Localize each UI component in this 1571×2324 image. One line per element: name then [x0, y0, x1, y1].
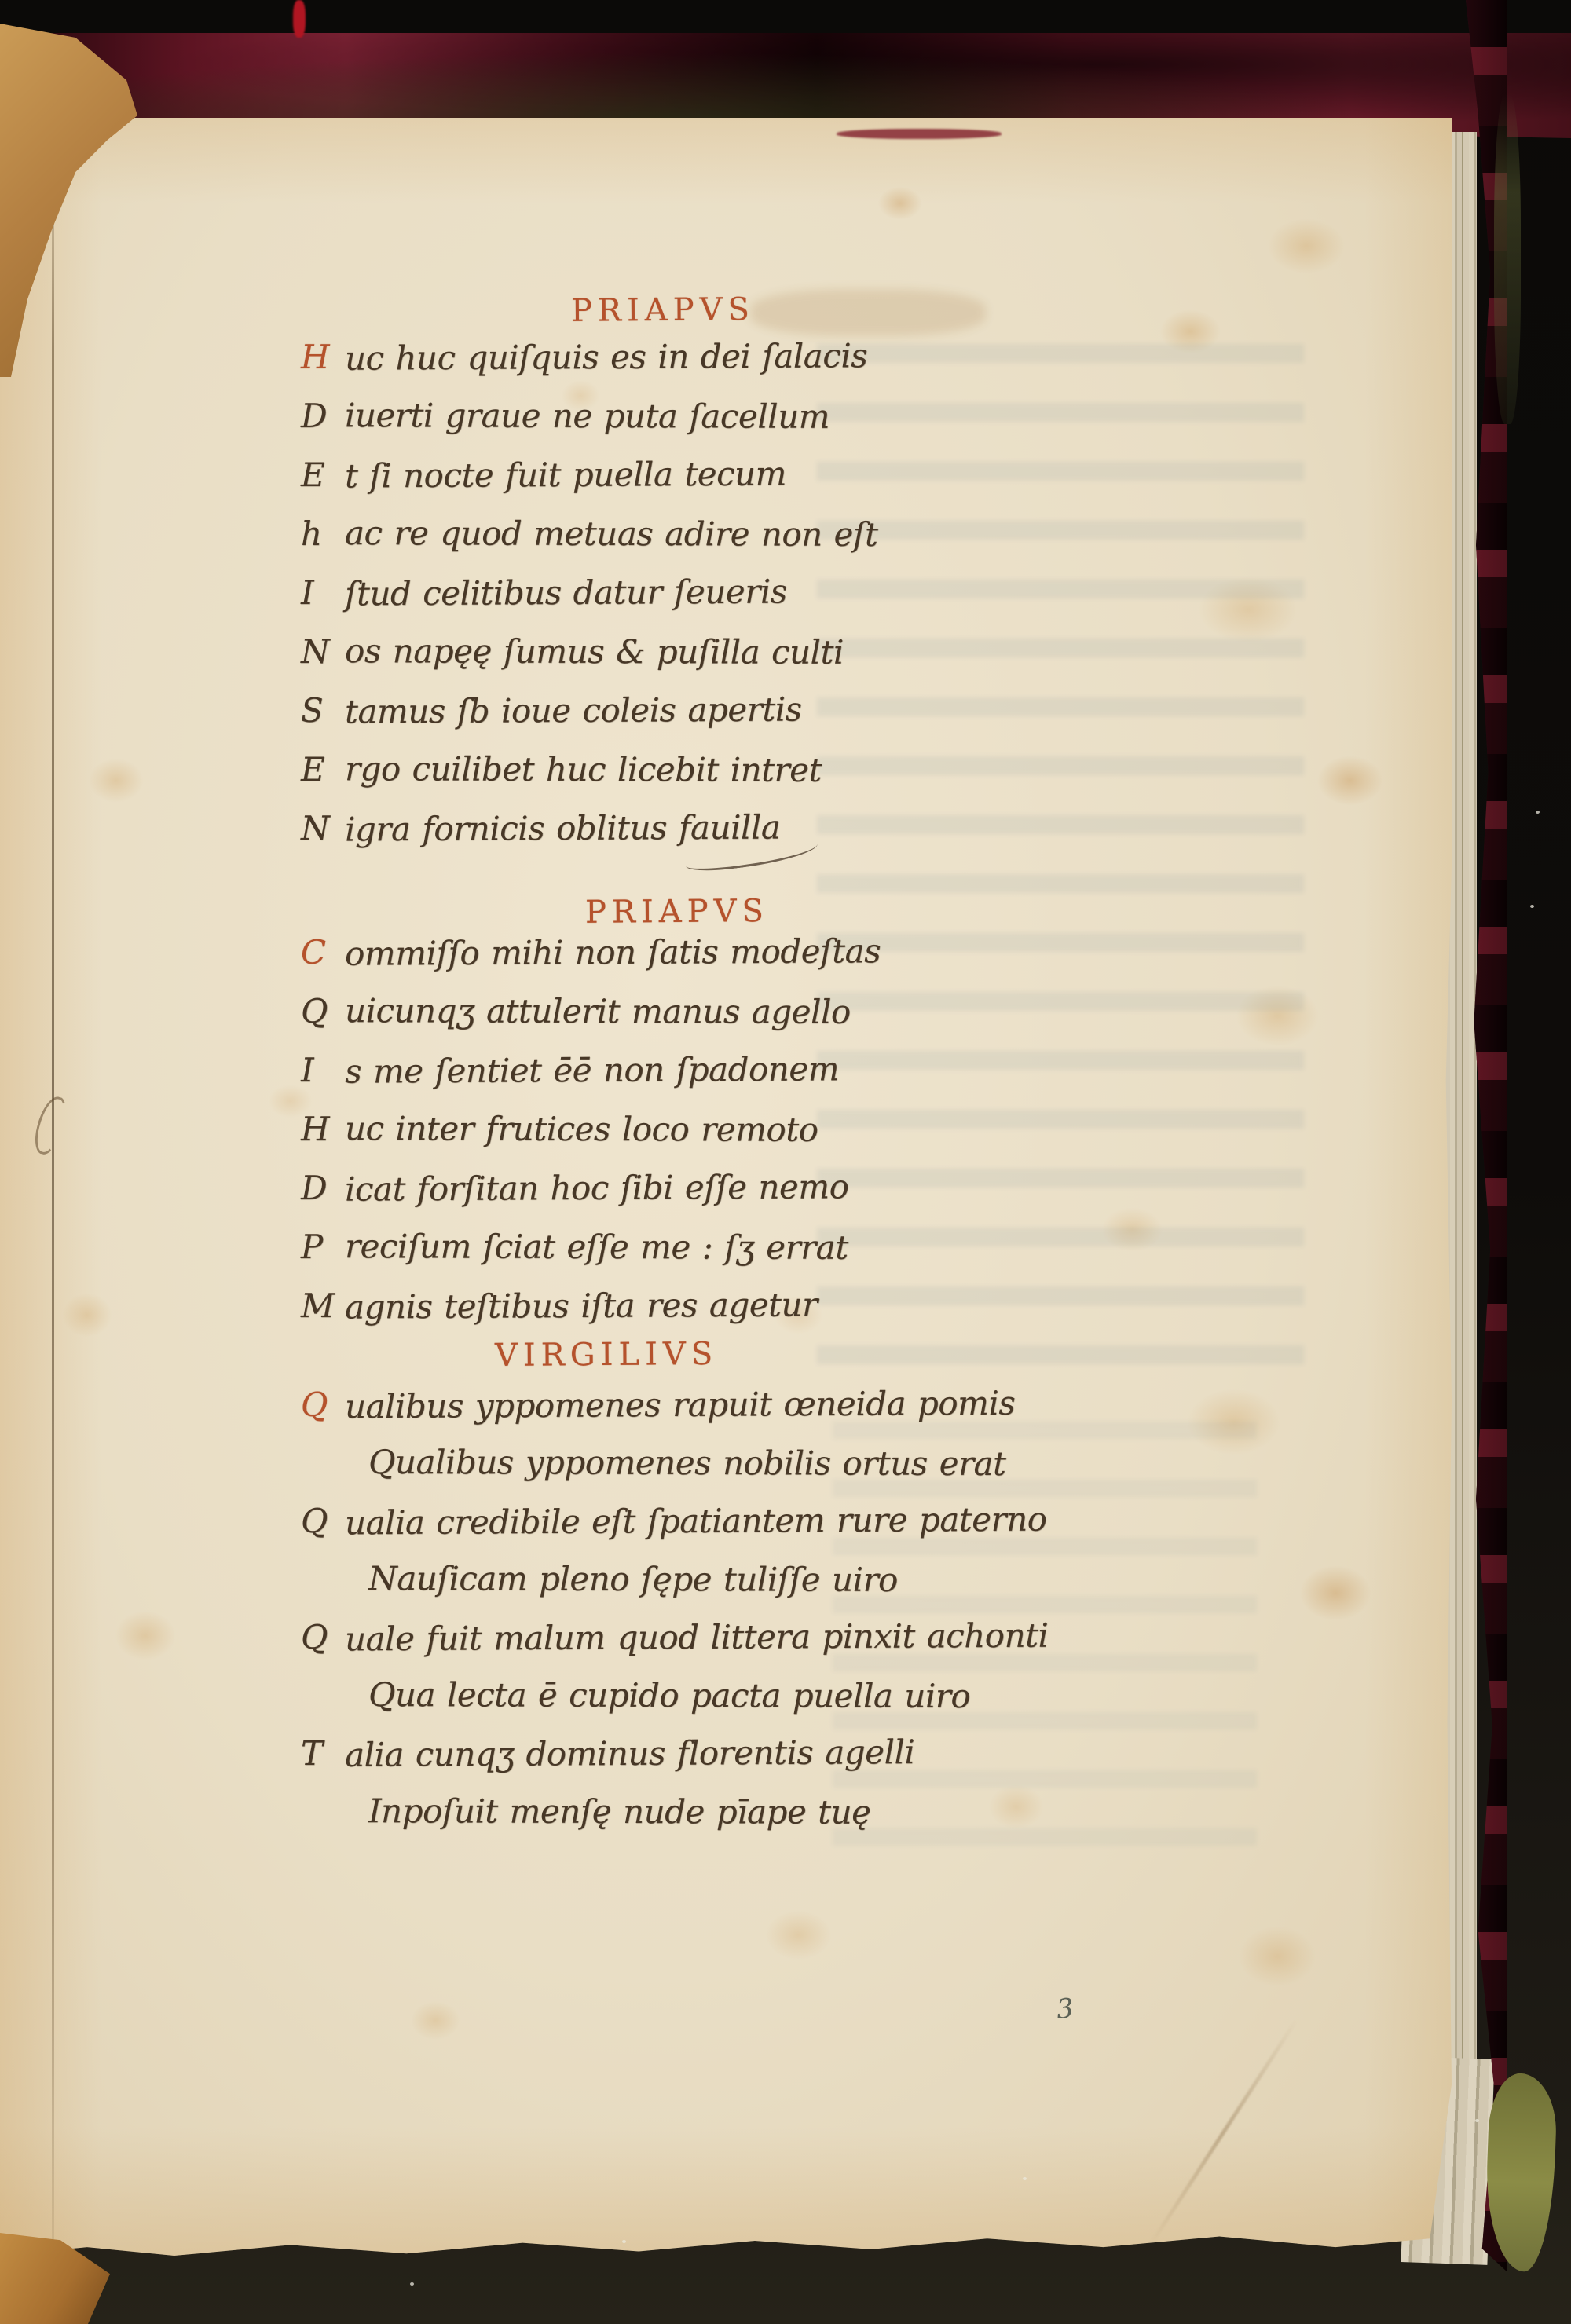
- line-initial: I: [301, 1051, 345, 1089]
- line-text: Inpoſuit menſę nude pīape tuę: [368, 1791, 871, 1832]
- line-initial: Q: [301, 992, 345, 1030]
- line-text: iuerti graue ne puta ſacellum: [345, 396, 829, 436]
- poem-virgilius: Qualibus yppomenes rapuit œneida pomis Q…: [301, 1385, 1048, 1850]
- line-text: s me ſentiet ēē non ſpadonem: [345, 1049, 839, 1090]
- verse-line: Commiſſo mihi non ſatis modeſtas: [301, 933, 881, 992]
- line-initial: Q: [301, 1502, 345, 1540]
- line-text: t ſi nocte fuit puella tecum: [345, 455, 786, 496]
- verse-line: Stamus ſb ioue coleis apertis: [301, 691, 877, 750]
- red-stain-top-edge: [837, 129, 1002, 139]
- line-initial: D: [301, 397, 345, 435]
- folio-number: 3: [1055, 1993, 1075, 2026]
- dust-speck: [1475, 2119, 1479, 2122]
- verse-line: Preciſum ſciat eſſe me : ſʒ errat: [301, 1228, 881, 1286]
- line-text: uc inter frutices loco remoto: [345, 1109, 818, 1149]
- line-text: Nauſicam pleno ſępe tuliſſe uiro: [368, 1559, 898, 1599]
- dust-speck: [1530, 905, 1534, 908]
- verse-line: Inpoſuit menſę nude pīape tuę: [301, 1792, 1048, 1850]
- verse-line: Nauſicam pleno ſępe tuliſſe uiro: [301, 1560, 1048, 1618]
- line-initial: I: [301, 573, 345, 612]
- verse-line: Huc huc quiſquis es in dei ſalacis: [301, 338, 877, 397]
- line-text: ommiſſo mihi non ſatis modeſtas: [345, 931, 881, 973]
- line-text: reciſum ſciat eſſe me : ſʒ errat: [345, 1227, 848, 1267]
- line-initial: N: [301, 632, 345, 671]
- line-initial: D: [301, 1169, 345, 1207]
- show-through-heading-ghost: [750, 289, 986, 336]
- poem-priapea-2: Commiſſo mihi non ſatis modeſtas Quicunq…: [301, 933, 881, 1345]
- line-initial: Q: [301, 1385, 345, 1424]
- line-initial: C: [301, 933, 345, 972]
- dust-speck: [622, 2240, 626, 2243]
- line-text: ualibus yppomenes rapuit œneida pomis: [345, 1384, 1016, 1426]
- verse-line: hac re quod metuas adire non eſt: [301, 514, 877, 573]
- line-text: uc huc quiſquis es in dei ſalacis: [345, 336, 868, 377]
- line-initial: N: [301, 809, 345, 847]
- verse-line: Dicat forſitan hoc ſibi eſſe nemo: [301, 1169, 881, 1228]
- line-text: alia cunqʒ dominus florentis agelli: [345, 1733, 915, 1774]
- manuscript-photo: PRIAPVS Huc huc quiſquis es in dei ſalac…: [0, 0, 1571, 2324]
- verse-line: Nos napęę ſumus & puſilla culti: [301, 632, 877, 691]
- line-text: uale fuit malum quod littera pinxit acho…: [345, 1616, 1049, 1659]
- poem-priapea-1: Huc huc quiſquis es in dei ſalacis Diuer…: [301, 338, 877, 868]
- dust-speck: [1536, 811, 1540, 814]
- dust-speck: [410, 2282, 414, 2286]
- line-initial: E: [301, 456, 345, 494]
- cover-red-streak: [293, 0, 306, 38]
- verse-line: Iſtud celitibus datur ſeueris: [301, 573, 877, 632]
- line-initial: h: [301, 514, 345, 553]
- show-through-text-ghost: [817, 344, 1304, 1389]
- verse-line: Qua lecta ē cupido pacta puella uiro: [301, 1676, 1048, 1734]
- verse-line: Ergo cuilibet huc licebit intret: [301, 750, 877, 809]
- wax-residue-streak: [1494, 94, 1521, 424]
- verse-line: Talia cunqʒ dominus florentis agelli: [301, 1734, 1048, 1792]
- verse-line: Qualia credibile eſt ſpatiantem rure pat…: [301, 1502, 1048, 1560]
- line-initial: S: [301, 691, 345, 730]
- line-initial: E: [301, 750, 345, 789]
- line-text: tamus ſb ioue coleis apertis: [345, 690, 802, 730]
- line-text: agnis teſtibus iſta res agetur: [345, 1285, 818, 1326]
- line-initial: P: [301, 1228, 345, 1266]
- verse-line: Is me ſentiet ēē non ſpadonem: [301, 1051, 881, 1110]
- line-text: igra fornicis oblitus fauilla: [345, 808, 781, 849]
- line-text: Qualibus yppomenes nobilis ortus erat: [368, 1443, 1006, 1483]
- line-text: icat forſitan hoc ſibi eſſe nemo: [345, 1167, 849, 1208]
- line-initial: H: [301, 338, 345, 376]
- line-initial: T: [301, 1734, 345, 1773]
- line-text: uicunqʒ attulerit manus agello: [345, 991, 851, 1031]
- verse-line: Quale fuit malum quod littera pinxit ach…: [301, 1618, 1048, 1676]
- line-text: rgo cuilibet huc licebit intret: [345, 749, 822, 789]
- verse-line: Quicunqʒ attulerit manus agello: [301, 992, 881, 1051]
- verse-line: Qualibus yppomenes nobilis ortus erat: [301, 1444, 1048, 1502]
- section-heading-priapus-2: PRIAPVS: [585, 893, 769, 931]
- line-text: ac re quod metuas adire non eſt: [345, 514, 878, 554]
- verse-line: Diuerti graue ne puta ſacellum: [301, 397, 877, 456]
- line-text: ſtud celitibus datur ſeueris: [345, 573, 787, 613]
- line-initial: Q: [301, 1618, 345, 1656]
- line-initial: M: [301, 1286, 345, 1325]
- binding-thread: [52, 138, 54, 2243]
- section-heading-virgilius: VIRGILIVS: [495, 1336, 719, 1374]
- section-heading-priapus-1: PRIAPVS: [571, 291, 755, 329]
- verse-line: Qualibus yppomenes rapuit œneida pomis: [301, 1385, 1048, 1444]
- line-initial: H: [301, 1110, 345, 1148]
- line-text: os napęę ſumus & puſilla culti: [345, 631, 844, 672]
- verse-line: Et ſi nocte fuit puella tecum: [301, 456, 877, 514]
- verse-line: Huc inter frutices loco remoto: [301, 1110, 881, 1169]
- dust-speck: [1023, 2177, 1027, 2180]
- line-text: ualia credibile eſt ſpatiantem rure pate…: [345, 1500, 1047, 1543]
- line-text: Qua lecta ē cupido pacta puella uiro: [368, 1675, 970, 1715]
